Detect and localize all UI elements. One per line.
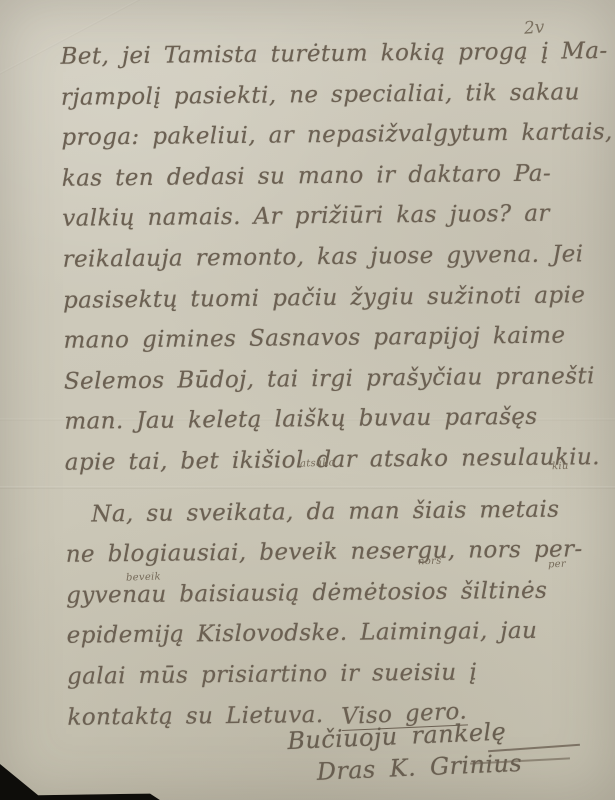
letter-line: kas ten dedasi su mano ir daktaro Pa- — [62, 153, 587, 199]
letter-line: ne blogiausiai, beveik nesergu, nors per… — [66, 529, 591, 575]
letter-line: Selemos Būdoj, tai irgi prašyčiau praneš… — [64, 356, 589, 402]
letter-line: rjampolį pasiekti, ne specialiai, tik sa… — [61, 72, 586, 118]
letter-line: Bet, jei Tamista turėtum kokią progą į M… — [60, 31, 585, 77]
letter-line: pasisektų tuomi pačiu žygiu sužinoti api… — [63, 275, 588, 321]
letter-line: epidemiją Kislovodske. Laimingai, jau — [66, 611, 591, 657]
scanned-letter-page: { "page_mark": "2v", "letter": { "lines"… — [0, 0, 615, 800]
letter-closing: Bučiuoju rankelę Dras K. Grinius — [287, 717, 523, 787]
interlinear-note: kiu — [552, 461, 569, 473]
letter-line: galai mūs prisiartino ir sueisiu į — [67, 651, 592, 697]
interlinear-note: per — [548, 559, 566, 571]
interlinear-note: beveik — [126, 571, 161, 583]
letter-line: man. Jau keletą laiškų buvau parašęs — [64, 397, 589, 443]
letter-line: proga: pakeliui, ar nepasižvalgytum kart… — [61, 112, 586, 158]
letter-line: Na, su sveikata, da man šiais metais — [65, 489, 590, 535]
interlinear-note: nors — [418, 556, 442, 568]
letter-line: reikalauja remonto, kas juose gyvena. Je… — [62, 234, 587, 280]
letter-line: mano gimines Sasnavos parapijoj kaime — [63, 315, 588, 361]
interlinear-note: atsako — [300, 457, 335, 469]
letter-body: Bet, jei Tamista turėtum kokią progą į M… — [60, 31, 592, 738]
letter-line: valkių namais. Ar prižiūri kas juos? ar — [62, 194, 587, 240]
letter-line-text: kontaktą su Lietuva. — [67, 695, 323, 738]
